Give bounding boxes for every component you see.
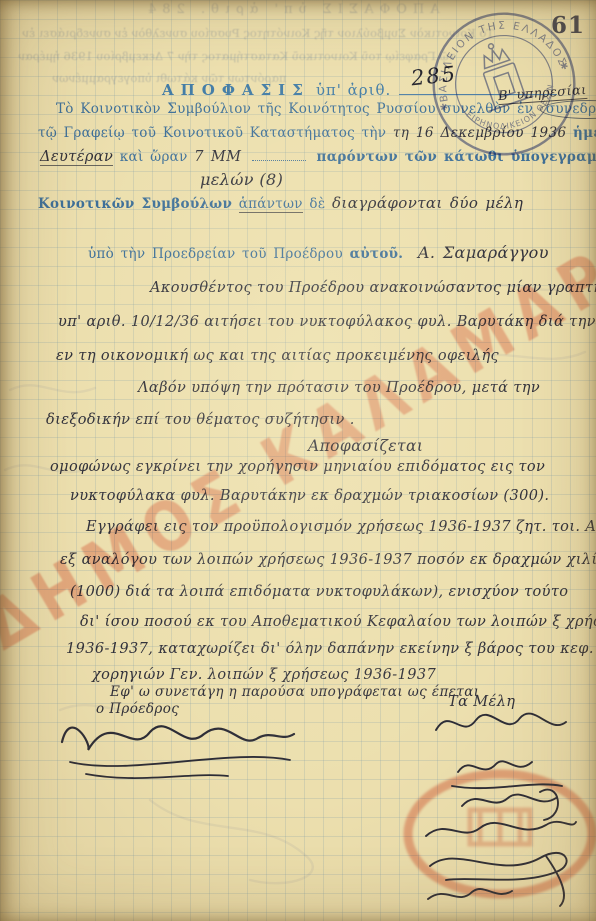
signatures-block bbox=[0, 680, 596, 921]
intro-line-5: ὑπὸ τὴν Προεδρείαν τοῦ Προέδρου αὐτοῦ. Α… bbox=[88, 243, 549, 262]
heading-sub: ὑπ' ἀριθ. bbox=[316, 81, 392, 99]
intro-line-4: Κοινοτικῶν Συμβούλων ἁπάντων δὲ διαγράφο… bbox=[38, 194, 523, 212]
intro-line4-underlined-word: ἁπάντων bbox=[239, 196, 303, 213]
dotted-leader bbox=[252, 149, 306, 161]
intro-line5-bold: αὐτοῦ. bbox=[350, 246, 404, 262]
body-line: Εγγράφει εις τον προϋπολογισμόν χρήσεως … bbox=[86, 519, 596, 535]
member-signature-5 bbox=[430, 853, 567, 906]
scanned-document-page: ΑΠΟΦΑΣΙΣ ὑπ' ἀριθ. 284 Τὸ Κοινοτικὸν Συμ… bbox=[0, 0, 596, 921]
member-signature-4 bbox=[426, 822, 576, 836]
intro-line3-mid: καὶ ὥραν bbox=[120, 149, 188, 165]
body-line: Ακουσθέντος του Προέδρου ανακοινώσαντος … bbox=[150, 280, 596, 296]
body-line: εν τη οικονομική ως και της αιτίας προκε… bbox=[56, 348, 499, 364]
handwritten-struck-members: διαγράφονται δύο μέλη bbox=[332, 194, 523, 212]
member-signature-1 bbox=[436, 714, 566, 730]
body-line: εξ αναλόγου των λοιπών χρήσεως 1936-1937… bbox=[60, 552, 596, 568]
intro-line4-mid: δὲ bbox=[309, 196, 325, 212]
stamp-star-right-icon: ✱ bbox=[559, 60, 570, 73]
body-line: 1936-1937, καταχωρίζει δι' όλην δαπάνην … bbox=[66, 641, 596, 657]
president-signature bbox=[62, 726, 294, 750]
bleed-through-line: τῷ Γραφείῳ τοῦ Κοινοτικοῦ Καταστήματος τ… bbox=[18, 49, 455, 63]
handwritten-hour: 7 ΜΜ bbox=[194, 149, 241, 165]
body-line: δι' ίσου ποσού εκ του Αποθεματικού Κεφαλ… bbox=[80, 614, 596, 630]
member-signature-3 bbox=[462, 790, 558, 820]
member-signature-6 bbox=[428, 889, 512, 899]
body-line: (1000) διά τα λοιπά επιδόματα νυκτοφυλάκ… bbox=[70, 584, 568, 600]
body-line: νυκτοφύλακα φυλ. Βαρυτάκην εκ δραχμών τρ… bbox=[70, 488, 549, 504]
handwritten-day: Δευτέραν bbox=[40, 149, 113, 166]
intro-line5-pre: ὑπὸ τὴν Προεδρείαν τοῦ Προέδρου bbox=[88, 246, 343, 262]
intro-line2-text: τῷ Γραφείῳ τοῦ Κοινοτικοῦ Καταστήματος τ… bbox=[38, 125, 386, 141]
president-signature-flourish bbox=[70, 757, 290, 778]
body-line: Λαβόν υπόψη την πρότασιν του Προέδρου, μ… bbox=[138, 380, 540, 396]
handwritten-president-name: Α. Σαμαράγγου bbox=[418, 243, 549, 262]
bleed-through-heading: ΑΠΟΦΑΣΙΣ ὑπ' ἀριθ. 284 bbox=[142, 2, 440, 17]
body-line: διεξοδικήν επί του θέματος συζήτησιν . bbox=[46, 412, 355, 428]
handwritten-members-count: μελών (8) bbox=[200, 170, 283, 189]
member-signature-2 bbox=[452, 761, 562, 788]
intro-line4-pre: Κοινοτικῶν Συμβούλων bbox=[38, 196, 232, 212]
body-line-decision-word: Αποφασίζεται bbox=[308, 437, 423, 455]
heading-title: ΑΠΟΦΑΣΙΣ bbox=[162, 81, 310, 99]
body-line: υπ' αριθ. 10/12/36 αιτήσει του νυκτοφύλα… bbox=[58, 314, 596, 330]
body-line: ομοφώνως εγκρίνει την χορήγησιν μηνιαίου… bbox=[50, 459, 545, 475]
stamp-crown-shield-icon bbox=[468, 36, 534, 111]
